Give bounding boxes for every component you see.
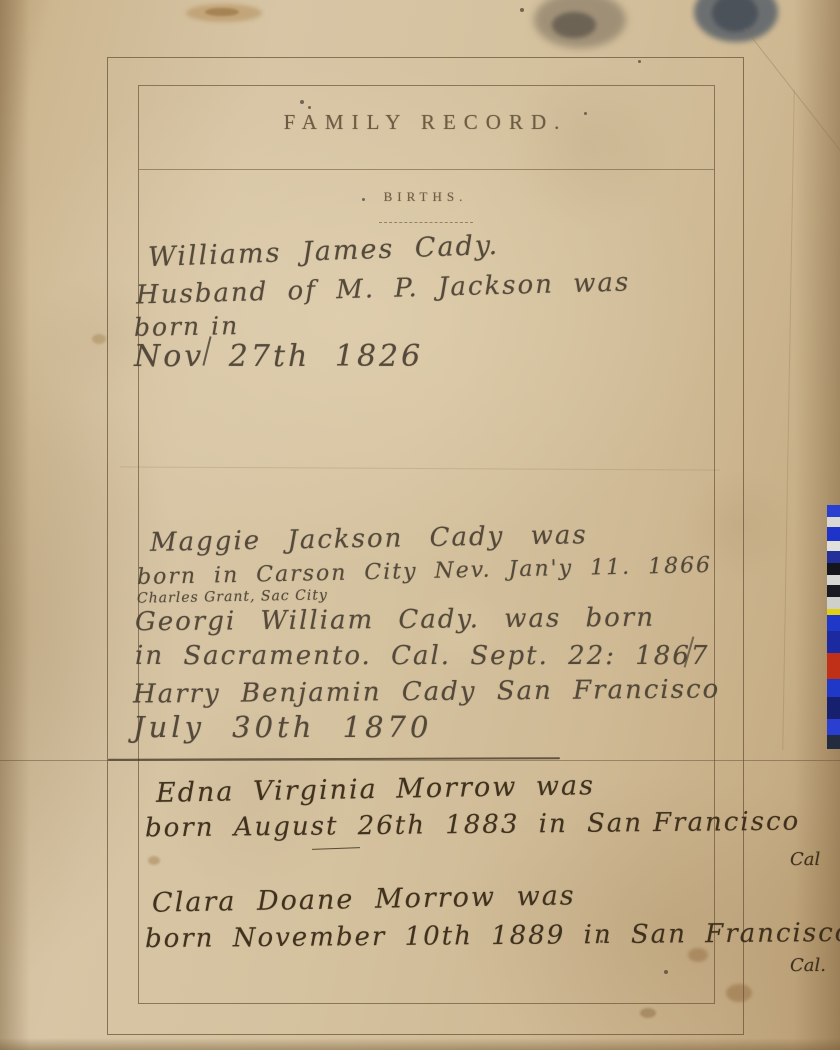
entry-1-line-3: born in — [134, 313, 240, 340]
entry-4-place-suffix: Cal. — [790, 957, 826, 975]
color-strip-segment — [827, 597, 840, 609]
color-strip-segment — [827, 517, 840, 527]
entry-2-line-6: July 30th 1870 — [133, 713, 432, 742]
color-strip-segment — [827, 541, 840, 551]
color-strip-segment — [827, 585, 840, 597]
document-page: FAMILY RECORD. BIRTHS. Williams James Ca… — [0, 0, 840, 1050]
scan-edge-color-strip — [827, 0, 840, 1050]
ink-speck — [520, 8, 524, 12]
ink-blot — [694, 0, 778, 42]
color-strip-segment — [827, 615, 840, 631]
page-bottom-edge-shadow — [0, 1038, 840, 1050]
entry-3-place-suffix: Cal — [790, 851, 820, 869]
color-strip-segment — [827, 631, 840, 653]
entry-2-line-3: Georgi William Cady. was born — [135, 605, 655, 636]
header-divider-line — [139, 169, 714, 170]
section-underline — [379, 222, 473, 223]
entry-2-line-4: in Sacramento. Cal. Sept. 22: 1867 — [135, 643, 709, 669]
color-strip-segment — [827, 505, 840, 517]
entry-2-interline-note: Charles Grant, Sac City — [137, 588, 328, 605]
color-strip-segment — [827, 697, 840, 719]
top-smudge-stain — [534, 0, 626, 48]
page-title: FAMILY RECORD. — [138, 110, 713, 135]
entry-3-line-2: born August 26th 1883 in SanFrancisco — [145, 809, 800, 842]
page-left-edge-shadow — [0, 0, 30, 1050]
entry-4-line-1: Clara Doane Morrow was — [152, 882, 576, 916]
ink-blot-core — [712, 0, 758, 32]
entry-2-line-1: Maggie Jackson Cady was — [150, 522, 588, 556]
entry-1-line-4: Nov 27th 1826 — [134, 342, 423, 372]
entry-2-line-5: Harry Benjamin Cady San Francisco — [133, 676, 720, 707]
entry-4-line-2: born November 10th 1889 in San Francisco — [145, 920, 840, 952]
color-strip-segment — [827, 735, 840, 749]
section-title: BIRTHS. — [138, 189, 713, 205]
fold-crease — [782, 90, 795, 750]
entry-3-line-1: Edna Virginia Morrow was — [156, 772, 595, 807]
entry-3-line-2-overflow: Francisco — [653, 807, 800, 839]
top-smudge-stain-core — [552, 12, 596, 38]
color-strip-segment — [827, 653, 840, 679]
color-strip-segment — [827, 527, 840, 541]
color-strip-segment — [827, 679, 840, 697]
top-tear-stain-core — [205, 8, 239, 16]
color-strip-segment — [827, 575, 840, 585]
color-strip-segment — [827, 719, 840, 735]
foxing-spot — [92, 334, 106, 344]
color-strip-segment — [827, 563, 840, 575]
top-tear-stain — [186, 4, 262, 22]
color-strip-segment — [827, 551, 840, 563]
